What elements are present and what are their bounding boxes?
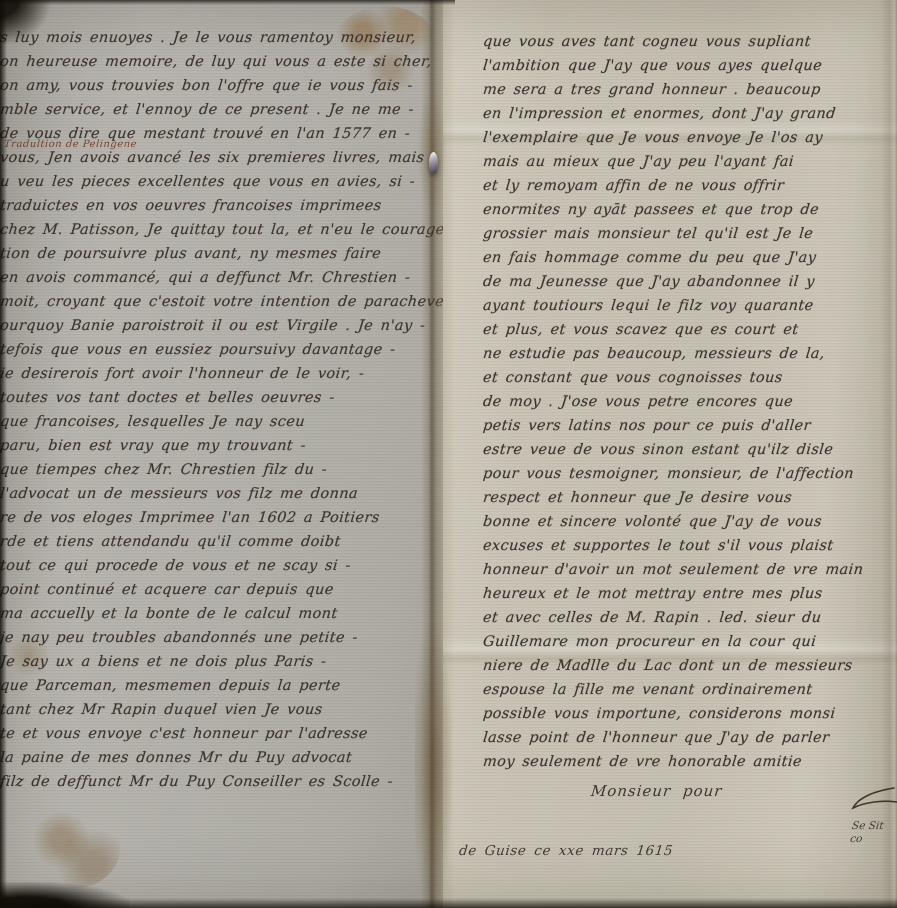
center-fold [421, 0, 455, 908]
right-page: que vous aves tant cogneu vous supliantl… [443, 0, 897, 908]
manuscript-line: je nay peu troubles abandonnés une petit… [0, 626, 443, 650]
manuscript-line: petis vers latins nos pour ce puis d'all… [482, 414, 897, 438]
manuscript-line: tout ce qui procede de vous et ne scay s… [0, 554, 443, 578]
manuscript-line: de ma Jeunesse que J'ay abandonnee il y [482, 270, 897, 294]
manuscript-line: Je say ux a biens et ne dois plus Paris … [0, 650, 443, 674]
manuscript-line: ne estudie pas beaucoup, messieurs de la… [482, 342, 897, 366]
manuscript-line: espouse la fille me venant ordinairement [482, 678, 897, 702]
manuscript-line: l'ambition que J'ay que vous ayes quelqu… [482, 54, 897, 78]
margin-note: Tradultion de Pelingene [4, 139, 138, 150]
manuscript-line: que francoises, lesquelles Je nay sceu [0, 410, 443, 434]
manuscript-line: tefois que vous en eussiez poursuivy dav… [0, 338, 443, 362]
manuscript-line: point continué et acquere car depuis que [0, 578, 443, 602]
manuscript-line: rde et tiens attendandu qu'il comme doib… [0, 530, 443, 554]
manuscript-line: me sera a tres grand honneur . beaucoup [482, 78, 897, 102]
photo-edge-shadow [0, 898, 897, 908]
manuscript-line: excuses et supportes le tout s'il vous p… [482, 534, 897, 558]
manuscript-line: paru, bien est vray que my trouvant - [0, 434, 443, 458]
manuscript-line: ourquoy Banie paroistroit il ou est Virg… [0, 314, 443, 338]
manuscript-line: niere de Madlle du Lac dont un de messie… [482, 654, 897, 678]
manuscript-line: bonne et sincere volonté que J'ay de vou… [482, 510, 897, 534]
manuscript-line: estre veue de vous sinon estant qu'ilz d… [482, 438, 897, 462]
manuscript-line: grossier mais monsieur tel qu'il est Je … [482, 222, 897, 246]
manuscript-line: moy seulement de vre honorable amitie [482, 750, 897, 774]
manuscript-line: on amy, vous trouvies bon l'offre que ie… [0, 74, 443, 98]
photo-edge-shadow [0, 0, 455, 5]
manuscript-line: et avec celles de M. Rapin . led. sieur … [482, 606, 897, 630]
manuscript-line: traduictes en vos oeuvres francoises imp… [0, 194, 443, 218]
fold-stain [415, 620, 453, 908]
manuscript-line: u veu les pieces excellentes que vous en… [0, 170, 443, 194]
closing-salutation: Monsieur pour [590, 782, 723, 800]
metal-pin [429, 152, 438, 174]
manuscript-line: mble service, et l'ennoy de ce present .… [0, 98, 443, 122]
manuscript-line: ayant toutiours lequi le filz voy quaran… [482, 294, 897, 318]
manuscript-line: tion de poursuivre plus avant, ny mesmes… [0, 242, 443, 266]
signature-flourish [839, 786, 897, 820]
photo-corner-shadow [0, 0, 52, 46]
manuscript-line: ie desirerois fort avoir l'honneur de le… [0, 362, 443, 386]
manuscript-line: enormites ny ayāt passees et que trop de [482, 198, 897, 222]
fold-stain [417, 90, 447, 210]
manuscript-line: honneur d'avoir un mot seulement de vre … [482, 558, 897, 582]
manuscript-line: que tiempes chez Mr. Chrestien filz du - [0, 458, 443, 482]
manuscript-line: chez M. Patisson, Je quittay tout la, et… [0, 218, 443, 242]
manuscript-line: de moy . J'ose vous petre encores que [482, 390, 897, 414]
manuscript-line: Guillemare mon procureur en la cour qui [482, 630, 897, 654]
manuscript-line: et constant que vous cognoisses tous [482, 366, 897, 390]
manuscript-line: moit, croyant que c'estoit votre intenti… [0, 290, 443, 314]
manuscript-line: en avois commancé, qui a deffunct Mr. Ch… [0, 266, 443, 290]
dateline: de Guise ce xxe mars 1615 [458, 843, 674, 859]
manuscript-line: te et vous envoye c'est honneur par l'ad… [0, 722, 443, 746]
manuscript-line: heureux et le mot mettray entre mes plus [482, 582, 897, 606]
manuscript-line: et ly remoyam affin de ne vous offrir [482, 174, 897, 198]
photo-edge-shadow [0, 0, 7, 908]
manuscript-line: que vous aves tant cogneu vous supliant [482, 30, 897, 54]
manuscript-line: possible vous importune, considerons mon… [482, 702, 897, 726]
photo-corner-shadow [0, 882, 130, 908]
manuscript-line: l'exemplaire que Je vous envoye Je l'os … [482, 126, 897, 150]
manuscript-line: ma accuelly et la bonte de le calcul mon… [0, 602, 443, 626]
manuscript-photo: s luy mois enuoyes . Je le vous ramentoy… [0, 0, 897, 908]
manuscript-line: re de vos eloges Imprimee l'an 1602 a Po… [0, 506, 443, 530]
manuscript-line: toutes vos tant doctes et belles oeuvres… [0, 386, 443, 410]
signature-fragment: Se Sit co [849, 820, 897, 846]
manuscript-line: la paine de mes donnes Mr du Puy advocat [0, 746, 443, 770]
manuscript-line: en l'impression et enormes, dont J'ay gr… [482, 102, 897, 126]
manuscript-line: s luy mois enuoyes . Je le vous ramentoy… [0, 26, 443, 50]
manuscript-line: que Parceman, mesmemen depuis la perte [0, 674, 443, 698]
manuscript-line: filz de deffunct Mr du Puy Conseiller es… [0, 770, 443, 794]
manuscript-line: mais au mieux que J'ay peu l'ayant fai [482, 150, 897, 174]
manuscript-line: pour vous tesmoigner, monsieur, de l'aff… [482, 462, 897, 486]
manuscript-line: en fais hommage comme du peu que J'ay [482, 246, 897, 270]
right-page-text: que vous aves tant cogneu vous supliantl… [483, 30, 897, 774]
paper-stain [30, 808, 120, 888]
left-page: s luy mois enuoyes . Je le vous ramentoy… [0, 0, 443, 908]
manuscript-line: tant chez Mr Rapin duquel vien Je vous [0, 698, 443, 722]
manuscript-line: l'advocat un de messieurs vos filz me do… [0, 482, 443, 506]
manuscript-line: lasse point de l'honneur que J'ay de par… [482, 726, 897, 750]
manuscript-line: et plus, et vous scavez que es court et [482, 318, 897, 342]
manuscript-line: respect et honneur que Je desire vous [482, 486, 897, 510]
manuscript-line: on heureuse memoire, de luy qui vous a e… [0, 50, 443, 74]
